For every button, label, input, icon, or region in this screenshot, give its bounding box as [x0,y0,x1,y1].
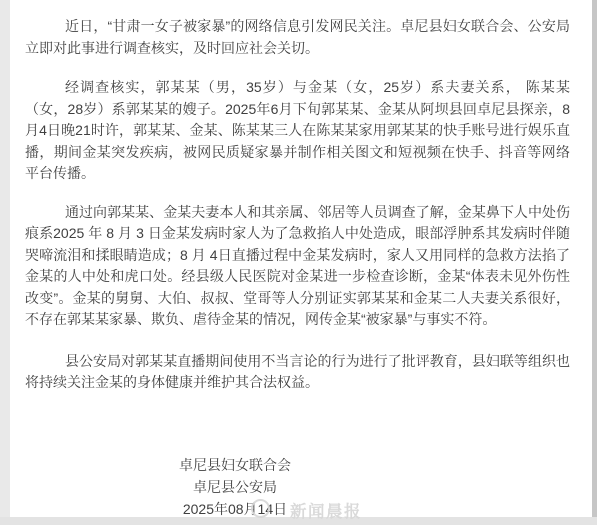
statement-paragraph-intro: 近日，“甘肃一女子被家暴”的网络信息引发网民关注。卓尼县妇女联合会、公安局立即对… [25,16,570,59]
screenshot-edge-right [592,0,597,525]
signature-org-public-security-bureau: 卓尼县公安局 [25,476,445,498]
screenshot-edge-left [0,0,10,525]
statement-paragraph-conclusion: 县公安局对郭某某直播期间使用不当言论的行为进行了批评教育，县妇联等组织也将持续关… [25,351,570,394]
statement-paragraph-findings: 通过向郭某某、金某夫妻本人和其亲属、邻居等人员调查了解，金某鼻下人中处伤痕系20… [25,202,570,331]
news-outlet-watermark: 新闻晨报 [290,498,362,522]
signature-block: 卓尼县妇女联合会 卓尼县公安局 2025年08月14日 [25,454,445,520]
official-statement-document: 近日，“甘肃一女子被家暴”的网络信息引发网民关注。卓尼县妇女联合会、公安局立即对… [25,0,570,520]
statement-paragraph-investigation: 经调查核实，郭某某（男，35岁）与金某（女，25岁）系夫妻关系， 陈某某（女，2… [25,77,570,185]
news-outlet-logo-icon [251,499,270,518]
signature-org-womens-federation: 卓尼县妇女联合会 [25,454,445,476]
